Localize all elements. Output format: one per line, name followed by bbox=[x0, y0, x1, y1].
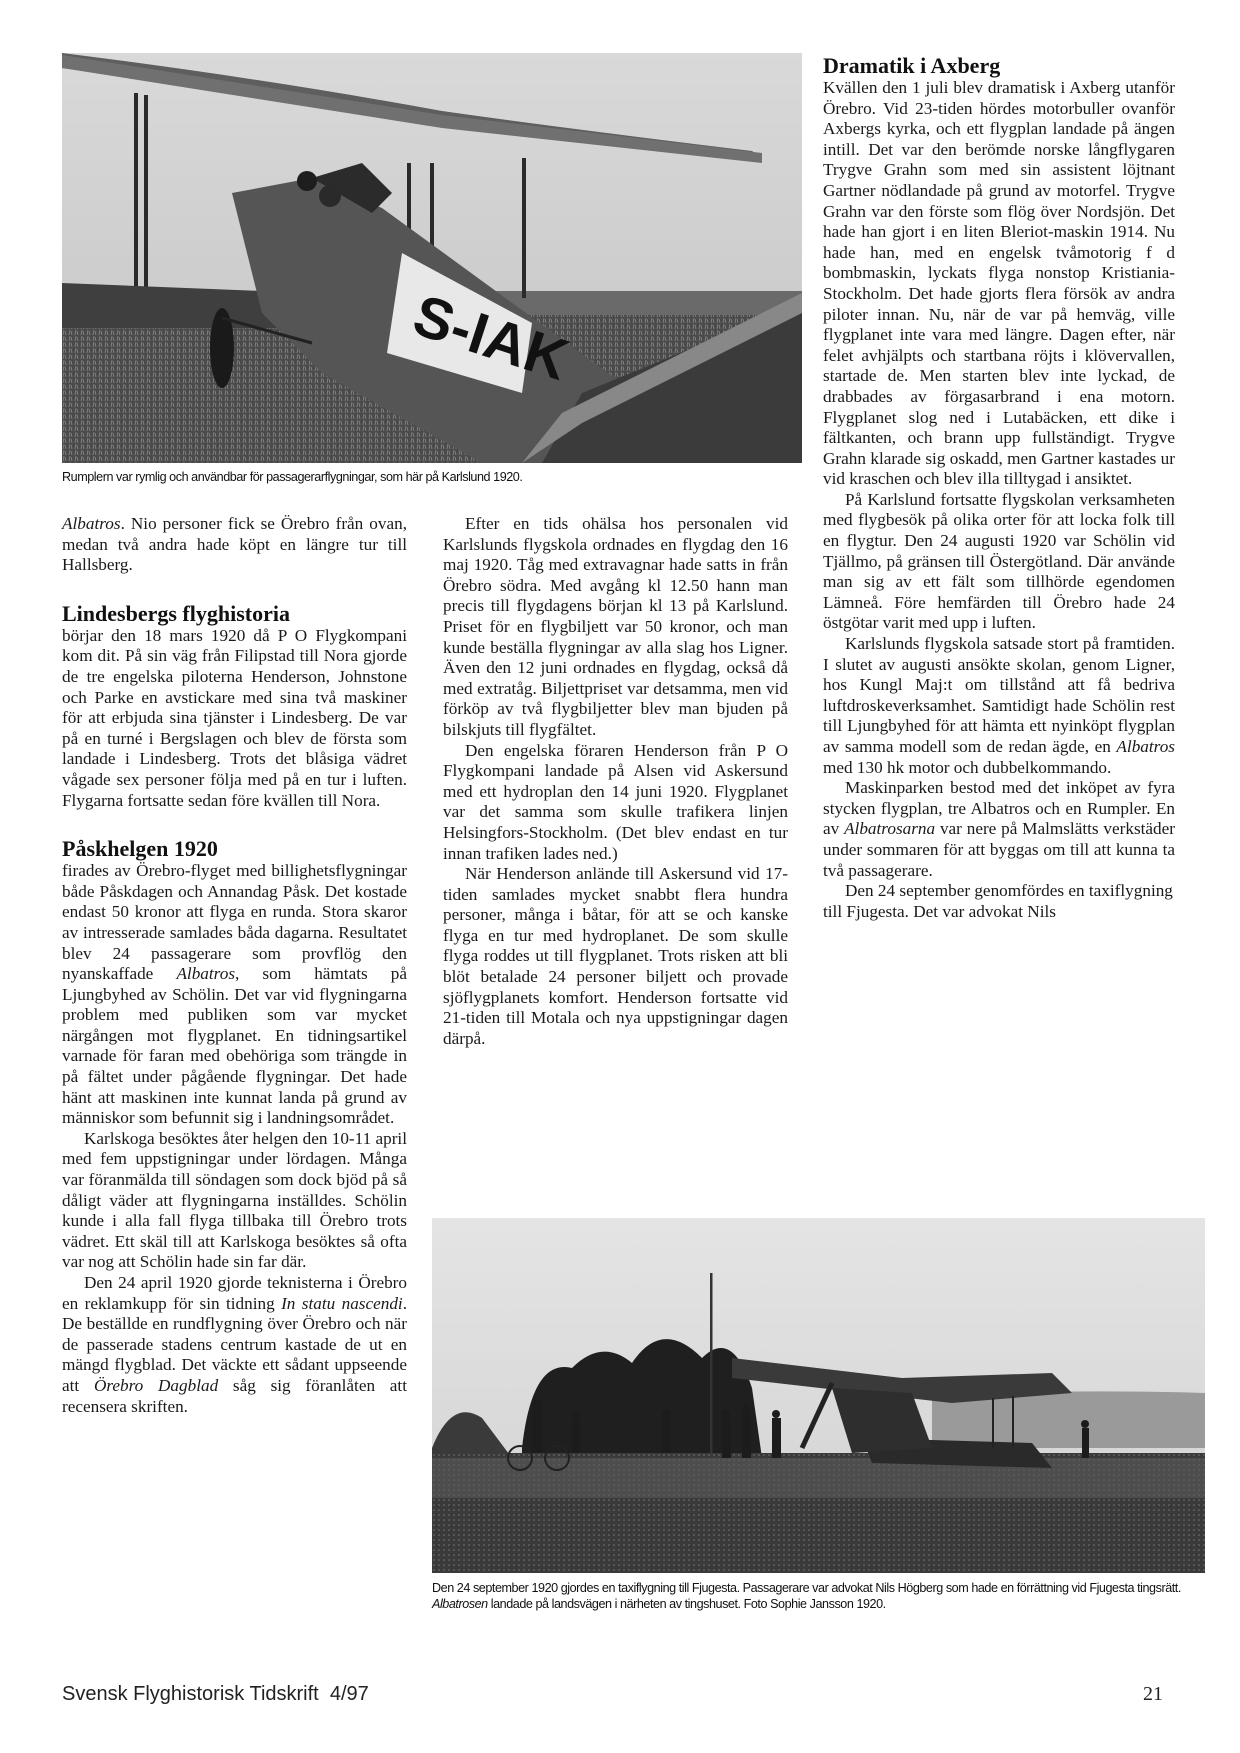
paragraph-lindesberg: börjar den 18 mars 1920 då P O Flygkompa… bbox=[62, 626, 407, 811]
paragraph-maskinparken: Maskinparken bestod med det inköpet av f… bbox=[823, 778, 1175, 881]
column-1: Albatros. Nio personer fick se Örebro fr… bbox=[62, 514, 407, 1417]
italic-in-statu-nascendi: In statu nascendi bbox=[281, 1294, 403, 1313]
photo-albatros-fjugesta bbox=[432, 1218, 1205, 1573]
italic-albatros: Albatros bbox=[1116, 737, 1175, 756]
paragraph-flygdag: Efter en tids ohälsa hos personalen vid … bbox=[443, 514, 788, 741]
column-3: Dramatik i Axberg Kvällen den 1 juli ble… bbox=[823, 54, 1175, 922]
caption-text: landade på landsvägen i närheten av ting… bbox=[488, 1597, 886, 1611]
fjugesta-photo-illustration bbox=[432, 1218, 1205, 1573]
photo-bottom-caption: Den 24 september 1920 gjordes en taxifly… bbox=[432, 1580, 1205, 1612]
italic-albatrosen: Albatrosen bbox=[432, 1597, 488, 1611]
italic-albatros: Albatros bbox=[62, 514, 121, 533]
photo-rumpler-s-iak: S-IAK bbox=[62, 53, 802, 463]
paragraph-henderson-askersund: När Henderson anlände till Askersund vid… bbox=[443, 864, 788, 1049]
column-2: Efter en tids ohälsa hos personalen vid … bbox=[443, 514, 788, 1049]
paragraph-paskhelgen: firades av Örebro-flyget med billighetsf… bbox=[62, 861, 407, 1129]
paragraph-karlskoga: Karlskoga besöktes åter helgen den 10-11… bbox=[62, 1129, 407, 1273]
paragraph-karlslund-flygbesok: På Karlslund fortsatte flygskolan verksa… bbox=[823, 490, 1175, 634]
photo-top-caption: Rumplern var rymlig och användbar för pa… bbox=[62, 469, 802, 485]
paragraph-axberg: Kvällen den 1 juli blev dramatisk i Axbe… bbox=[823, 78, 1175, 490]
journal-footer: Svensk Flyghistorisk Tidskrift 4/97 bbox=[62, 1683, 369, 1706]
heading-paskhelgen-1920: Påskhelgen 1920 bbox=[62, 837, 407, 861]
paragraph-henderson-alsen: Den engelska föraren Henderson från P O … bbox=[443, 741, 788, 865]
paragraph-taxiflygning: Den 24 september genomfördes en taxiflyg… bbox=[823, 881, 1175, 922]
heading-dramatik-i-axberg: Dramatik i Axberg bbox=[823, 54, 1175, 78]
paragraph-reklamkupp: Den 24 april 1920 gjorde teknisterna i Ö… bbox=[62, 1273, 407, 1417]
biplane-photo-illustration: S-IAK bbox=[62, 53, 802, 463]
caption-text: Den 24 september 1920 gjordes en taxifly… bbox=[432, 1581, 1181, 1595]
paragraph-albatros-intro: Albatros. Nio personer fick se Örebro fr… bbox=[62, 514, 407, 576]
paragraph-text: med 130 hk motor och dubbelkommando. bbox=[823, 758, 1111, 777]
paragraph-text: , som hämtats på Ljungbyhed av Schölin. … bbox=[62, 964, 407, 1127]
paragraph-satsade: Karlslunds flygskola satsade stort på fr… bbox=[823, 634, 1175, 778]
page-number: 21 bbox=[1143, 1683, 1163, 1706]
italic-albatrosarna: Albatrosarna bbox=[844, 819, 935, 838]
italic-albatros: Albatros bbox=[176, 964, 235, 983]
heading-lindesbergs-flyghistoria: Lindesbergs flyghistoria bbox=[62, 602, 407, 626]
italic-orebro-dagblad: Örebro Dagblad bbox=[94, 1376, 218, 1395]
